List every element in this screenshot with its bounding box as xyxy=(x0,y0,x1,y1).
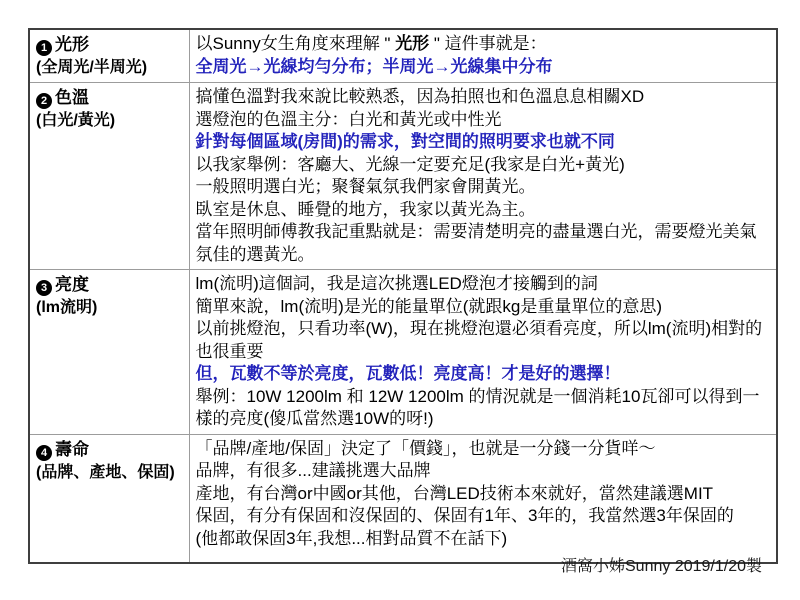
description-line: 以前挑燈泡，只看功率(W)，現在挑燈泡還必須看亮度，所以lm(流明)相對的也很重… xyxy=(196,318,771,363)
description-line: 選燈泡的色溫主分：白光和黃光或中性光 xyxy=(196,109,771,132)
text-segment: 「品牌/產地/保固」決定了「價錢」，也就是一分錢一分貨咩～ xyxy=(196,439,656,458)
highlight-text: 但，瓦數不等於亮度，瓦數低！亮度高！才是好的選擇！ xyxy=(196,364,621,383)
description-line: 舉例：10W 1200lm 和 12W 1200lm 的情況就是一個消耗10瓦卻… xyxy=(196,386,771,431)
text-segment: 以前挑燈泡，只看功率(W)，現在挑燈泡還必須看亮度，所以lm(流明)相對的也很重… xyxy=(196,319,763,361)
term-label: 壽命 xyxy=(55,440,89,459)
text-segment: 當年照明師傅教我記重點就是：需要清楚明亮的盡量選白光，需要燈光美氣氛佳的選黃光。 xyxy=(196,222,757,264)
term-label: 光形 xyxy=(55,35,89,54)
description-line: lm(流明)這個詞，我是這次挑選LED燈泡才接觸到的詞 xyxy=(196,273,771,296)
text-segment: 選燈泡的色溫主分：白光和黃光或中性光 xyxy=(196,110,502,129)
term-sub-label: (白光/黃光) xyxy=(36,109,183,132)
term-heading: 2色溫 xyxy=(36,86,183,109)
description-line: 「品牌/產地/保固」決定了「價錢」，也就是一分錢一分貨咩～ xyxy=(196,438,771,461)
description-line: 產地，有台灣or中國or其他，台灣LED技術本來就好，當然建議選MIT xyxy=(196,483,771,506)
text-segment: " 這件事就是： xyxy=(429,34,546,53)
term-cell: 2色溫(白光/黃光) xyxy=(29,83,189,270)
term-heading: 3亮度 xyxy=(36,273,183,296)
term-sub-label: (品牌、產地、保固) xyxy=(36,461,183,484)
text-segment: 品牌，有很多...建議挑選大品牌 xyxy=(196,461,431,480)
table-row: 3亮度(lm流明)lm(流明)這個詞，我是這次挑選LED燈泡才接觸到的詞簡單來說… xyxy=(29,270,777,435)
term-cell: 3亮度(lm流明) xyxy=(29,270,189,435)
item-number-badge: 4 xyxy=(36,445,52,461)
slide: 1光形(全周光/半周光)以Sunny女生角度來理解 " 光形 " 這件事就是：全… xyxy=(0,0,800,600)
table-row: 1光形(全周光/半周光)以Sunny女生角度來理解 " 光形 " 這件事就是：全… xyxy=(29,29,777,83)
text-segment: 一般照明選白光；聚餐氣氛我們家會開黃光。 xyxy=(196,177,536,196)
description-line: 以Sunny女生角度來理解 " 光形 " 這件事就是： xyxy=(196,33,771,56)
term-heading: 4壽命 xyxy=(36,438,183,461)
text-segment: 簡單來說，lm(流明)是光的能量單位(就跟kg是重量單位的意思) xyxy=(196,297,663,316)
description-cell: lm(流明)這個詞，我是這次挑選LED燈泡才接觸到的詞簡單來說，lm(流明)是光… xyxy=(189,270,777,435)
text-segment: 搞懂色溫對我來說比較熟悉，因為拍照也和色溫息息相關XD xyxy=(196,87,645,106)
table-row: 4壽命(品牌、產地、保固)「品牌/產地/保固」決定了「價錢」，也就是一分錢一分貨… xyxy=(29,434,777,563)
description-line: 全周光→光線均勻分布；半周光→光線集中分布 xyxy=(196,56,771,79)
text-segment: 產地，有台灣or中國or其他，台灣LED技術本來就好，當然建議選MIT xyxy=(196,484,714,503)
description-line: 一般照明選白光；聚餐氣氛我們家會開黃光。 xyxy=(196,176,771,199)
description-cell: 「品牌/產地/保固」決定了「價錢」，也就是一分錢一分貨咩～品牌，有很多...建議… xyxy=(189,434,777,563)
description-line: 以我家舉例：客廳大、光線一定要充足(我家是白光+黃光) xyxy=(196,154,771,177)
footer-credit: 酒窩小姊Sunny 2019/1/20製 xyxy=(561,553,762,576)
text-segment: (他都敢保固3年,我想...相對品質不在話下) xyxy=(196,529,508,548)
description-line: 簡單來說，lm(流明)是光的能量單位(就跟kg是重量單位的意思) xyxy=(196,296,771,319)
description-line: 但，瓦數不等於亮度，瓦數低！亮度高！才是好的選擇！ xyxy=(196,363,771,386)
table-row: 2色溫(白光/黃光)搞懂色溫對我來說比較熟悉，因為拍照也和色溫息息相關XD選燈泡… xyxy=(29,83,777,270)
item-number-badge: 1 xyxy=(36,40,52,56)
info-table: 1光形(全周光/半周光)以Sunny女生角度來理解 " 光形 " 這件事就是：全… xyxy=(28,28,778,564)
description-line: 臥室是休息、睡覺的地方，我家以黃光為主。 xyxy=(196,199,771,222)
term-sub-label: (全周光/半周光) xyxy=(36,56,183,79)
text-segment: 以我家舉例：客廳大、光線一定要充足(我家是白光+黃光) xyxy=(196,155,625,174)
term-heading: 1光形 xyxy=(36,33,183,56)
description-line: 針對每個區域(房間)的需求，對空間的照明要求也就不同 xyxy=(196,131,771,154)
description-line: 品牌，有很多...建議挑選大品牌 xyxy=(196,460,771,483)
highlight-text: 全周光→光線均勻分布；半周光→光線集中分布 xyxy=(196,57,553,76)
description-cell: 搞懂色溫對我來說比較熟悉，因為拍照也和色溫息息相關XD選燈泡的色溫主分：白光和黃… xyxy=(189,83,777,270)
description-line: (他都敢保固3年,我想...相對品質不在話下) xyxy=(196,528,771,551)
text-segment: 舉例：10W 1200lm 和 12W 1200lm 的情況就是一個消耗10瓦卻… xyxy=(196,387,760,429)
term-label: 色溫 xyxy=(55,88,89,107)
description-line: 保固，有分有保固和沒保固的、保固有1年、3年的，我當然選3年保固的 xyxy=(196,505,771,528)
term-label: 亮度 xyxy=(55,275,89,294)
description-line: 當年照明師傅教我記重點就是：需要清楚明亮的盡量選白光，需要燈光美氣氛佳的選黃光。 xyxy=(196,221,771,266)
highlight-text: 針對每個區域(房間)的需求，對空間的照明要求也就不同 xyxy=(196,132,615,151)
description-line: 搞懂色溫對我來說比較熟悉，因為拍照也和色溫息息相關XD xyxy=(196,86,771,109)
text-segment: 保固，有分有保固和沒保固的、保固有1年、3年的，我當然選3年保固的 xyxy=(196,506,734,525)
item-number-badge: 2 xyxy=(36,93,52,109)
term-cell: 4壽命(品牌、產地、保固) xyxy=(29,434,189,563)
description-cell: 以Sunny女生角度來理解 " 光形 " 這件事就是：全周光→光線均勻分布；半周… xyxy=(189,29,777,83)
term-sub-label: (lm流明) xyxy=(36,296,183,319)
item-number-badge: 3 xyxy=(36,280,52,296)
text-segment: 光形 xyxy=(395,34,429,53)
text-segment: 以Sunny女生角度來理解 " xyxy=(196,34,396,53)
text-segment: 臥室是休息、睡覺的地方，我家以黃光為主。 xyxy=(196,200,536,219)
term-cell: 1光形(全周光/半周光) xyxy=(29,29,189,83)
text-segment: lm(流明)這個詞，我是這次挑選LED燈泡才接觸到的詞 xyxy=(196,274,598,293)
